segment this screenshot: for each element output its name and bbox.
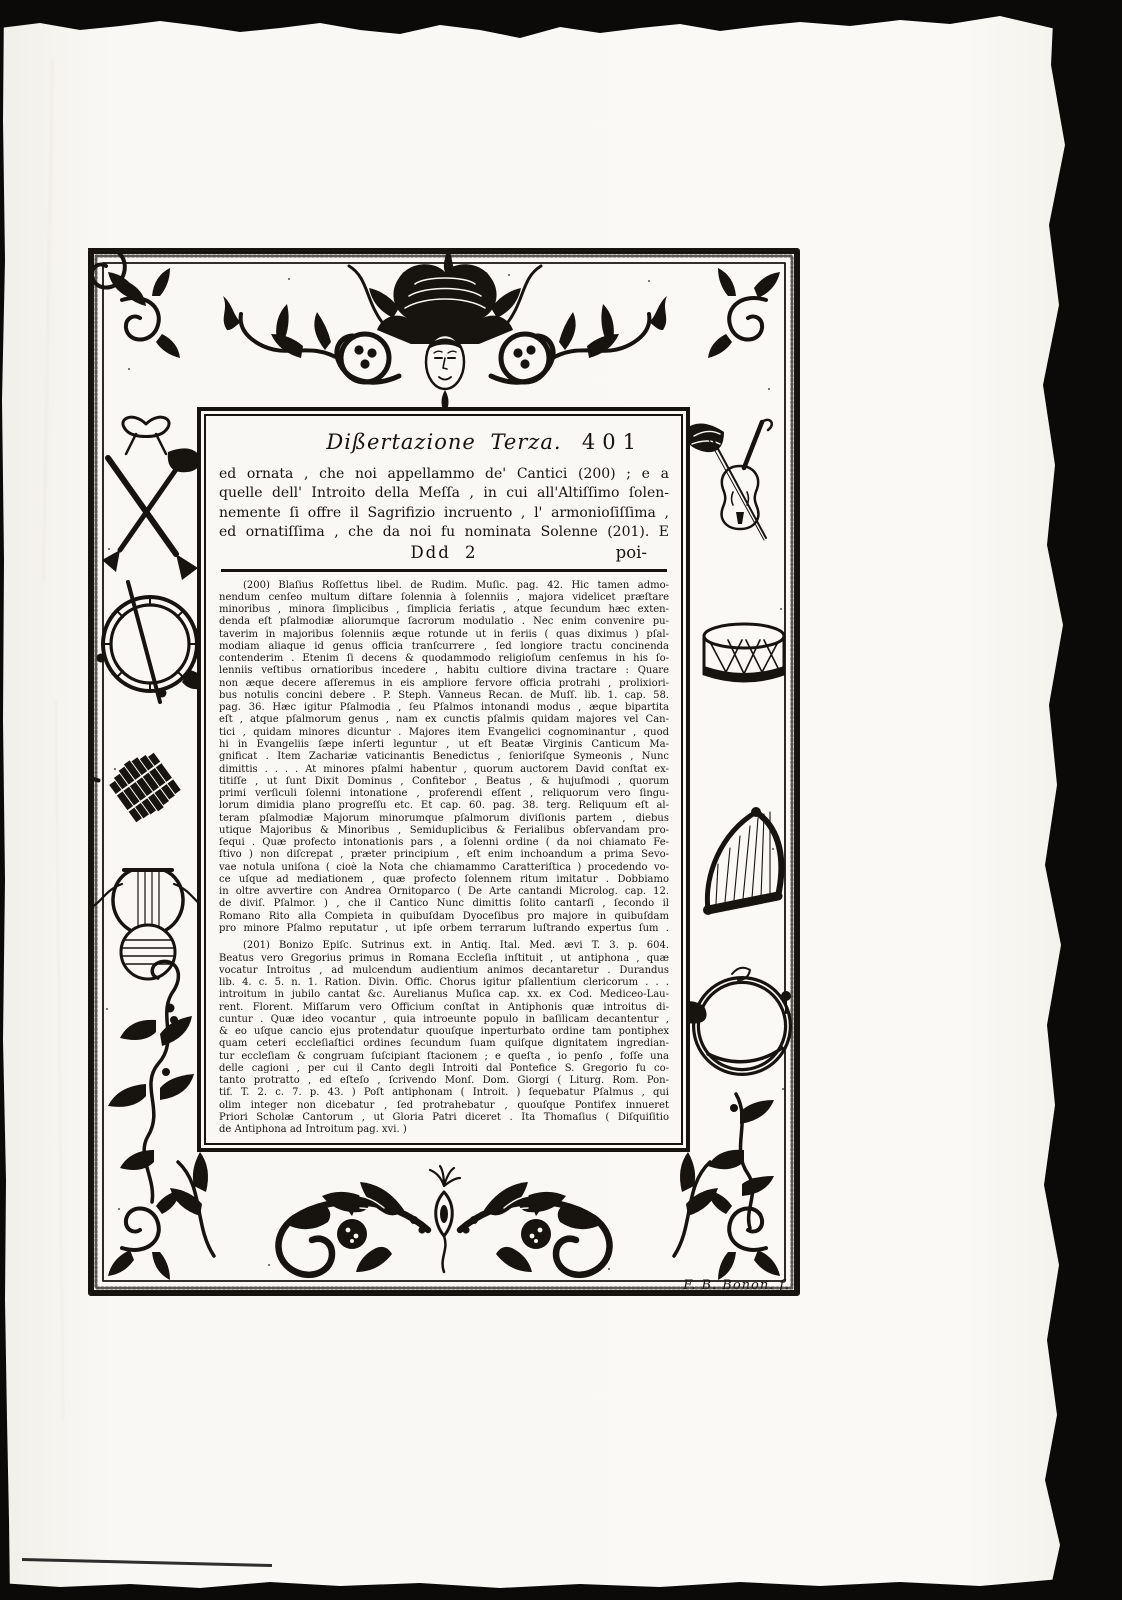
footnote-line: hi in Evangeliis ſæpe inſerti leguntur ,… [219,739,669,751]
page-header: Dißertazione Terza. 401 [219,430,669,462]
footnote-line: lib. 4. c. 5. n. 1. Ration. Divin. Offic… [219,977,669,989]
footnote-line: ce uſque ad mediationem , quæ profecto ſ… [219,874,669,886]
footnote-200: (200) Blaſius Roſſettus libel. de Rudim.… [219,580,669,936]
footnote-line: cuntur . Quæ ideo vocantur , quia introe… [219,1014,669,1026]
violin-and-bow-icon [684,420,772,540]
left-instrument-trophy [88,417,208,1202]
footnote-line: lorum dimidia plano progreſſu etc. Et ca… [219,800,669,812]
footnote-line: vae notula uniſona ( cioè la Nota che ch… [219,862,669,874]
footnote-line: taverim in majoribus ſolenniis æque rotu… [219,629,669,641]
ribbon-bow-icon [123,417,169,454]
shell-canopy [377,264,513,344]
footnote-line: rent. Florent. Miſſarum vero Officium co… [219,1002,669,1014]
intro-paragraph: ed ornata , che noi appellammo de' Canti… [219,465,669,543]
footnote-line: introitum in jubilo cantat &c. Aurelianu… [219,989,669,1001]
footnote-line: non æque decere aſſeremus in eis amplior… [219,678,669,690]
right-instrument-trophy [678,420,791,1228]
scanned-book-page: Dißertazione Terza. 401 ed ornata , che … [0,0,1122,1600]
signature-row: Ddd 2 poi- [219,543,669,565]
gathering-signature: Ddd 2 [410,543,477,562]
footnote-line: ſtivo ) non diſcrepat , præter principiu… [219,849,669,861]
scan-edge-left [0,0,10,1600]
footnote-line: tanto protratto , ed eſteſo , ſcrivendo … [219,1075,669,1087]
scan-edge-bottom [0,1570,1122,1600]
intro-line: ed ornata , che noi appellammo de' Canti… [219,465,669,484]
footnote-line: Beatus vero Gregorius primus in Romana E… [219,953,669,965]
harp-icon [703,807,781,915]
scan-edge-right [1040,0,1122,1600]
scan-streak [41,60,54,580]
crossed-horns-icon [102,448,202,580]
footnote-line: de diviſ. Pſalmor. ) , che il Cantico Nu… [219,898,669,910]
footnote-line: pro minore Pſalmo reputatur , ut ipſe or… [219,923,669,935]
page-number: 401 [582,430,643,454]
footnote-line: gnificat . Item Zachariæ vaticinantis Be… [219,751,669,763]
footnote-line: utique Majoribus & Minoribus , Semidupli… [219,825,669,837]
footnote-line: contenderim . Etenim ſi decens & quodamm… [219,653,669,665]
footnote-line: primi verſiculi ſolenni intonatione , pr… [219,788,669,800]
corner-scroll-bottom-left [108,1190,180,1280]
intro-line: ed ornatiſſima , che da noi fu nominata … [219,523,669,542]
footnote-line: & eo uſque cancio ejus protendatur quouſ… [219,1026,669,1038]
bottom-center-cartouche [430,1166,460,1272]
hooped-trumpet-icon [97,582,205,702]
intro-line: nemente ſi offre il Sagrifizio incruento… [219,504,669,523]
footnote-line: ſequi . Quæ profecto intonationis pars ,… [219,837,669,849]
hunting-horn-icon [678,968,791,1072]
text-panel-inner: Dißertazione Terza. 401 ed ornata , che … [204,414,683,1145]
footnote-line: minoribus , minora ſimplicibus , ſimplic… [219,604,669,616]
footnote-line: modiam aliaque id genus officia tranſcur… [219,641,669,653]
footnote-line: pag. 36. Hæc igitur Pſalmodia , ſeu Pſal… [219,702,669,714]
footnote-line: olim integer non dicebatur , ſed protrah… [219,1100,669,1112]
lyre-icon [88,870,208,979]
footnote-line: eſt , atque pſalmorum genus , nam ex cun… [219,714,669,726]
intro-line: quelle dell' Introito della Meſſa , in c… [219,484,669,503]
corner-scroll-top-left [108,268,180,358]
footnote-line: tici , quidam minores dicuntur . Majores… [219,727,669,739]
engraved-plate: Dißertazione Terza. 401 ed ornata , che … [88,248,800,1296]
running-title: Dißertazione Terza. [326,430,561,454]
drum-icon [704,624,784,681]
footnote-separator-rule [221,569,667,572]
footnote-201-last-line: de Antiphona ad Introitum pag. xvi. ) [219,1124,669,1136]
footnote-201: (201) Bonizo Epiſc. Sutrinus ext. in Ant… [219,940,669,1124]
scan-streak [54,700,65,1420]
footnote-line: bus notulis concini debere . P. Steph. V… [219,690,669,702]
scan-artifact-line [22,1558,272,1567]
footnote-line: denda eſt pſalmodiæ aliorumque ſacrorum … [219,616,669,628]
footnote-line: lenniis veſtibus ornatioribus incedere ,… [219,665,669,677]
footnote-line: in oltre avvertire con Andrea Ornitoparc… [219,886,669,898]
footnote-line: vocatur Introitus , ad mulcendum audient… [219,965,669,977]
footnote-line: nendum cenſeo multum diſtare ſolennia à … [219,592,669,604]
catchword: poi- [616,543,647,562]
footnote-line: tur eccleſiam & congruam ſuſcipiant ſtac… [219,1051,669,1063]
footnote-line: Priori Scholæ Cantorum , ut Gloria Patri… [219,1112,669,1124]
footnote-line: Romano Rito alla Compieta in quibuſdam D… [219,911,669,923]
footnote-line: titiſſe , ut ſunt Dixit Dominus , Confit… [219,776,669,788]
corner-scroll-top-right [708,268,780,358]
footnote-line: (200) Blaſius Roſſettus libel. de Rudim.… [219,580,669,592]
corner-scroll-bottom-right [708,1190,780,1280]
footnote-line: quam ceteri eccleſiaſtici ordines ſecund… [219,1038,669,1050]
top-mask-cartouche [223,248,667,414]
footnote-line: tif. T. 2. c. 7. p. 43. ) Poſt antiphona… [219,1087,669,1099]
text-panel: Dißertazione Terza. 401 ed ornata , che … [197,407,690,1152]
footnote-line: delle cagioni , per cui il Canto degli I… [219,1063,669,1075]
footnote-line: (201) Bonizo Epiſc. Sutrinus ext. in Ant… [219,940,669,952]
footnote-line: teram pſalmodiæ Majorum minorumque pſalm… [219,813,669,825]
bottom-acanthus-band [170,1152,718,1275]
scan-edge-top [0,0,1122,44]
footnote-line: dimittis . . . . At minores pſalmi haben… [219,764,669,776]
face-mask-icon [426,335,464,389]
engraver-signature: F. B. Bonon. f. [683,1278,790,1293]
